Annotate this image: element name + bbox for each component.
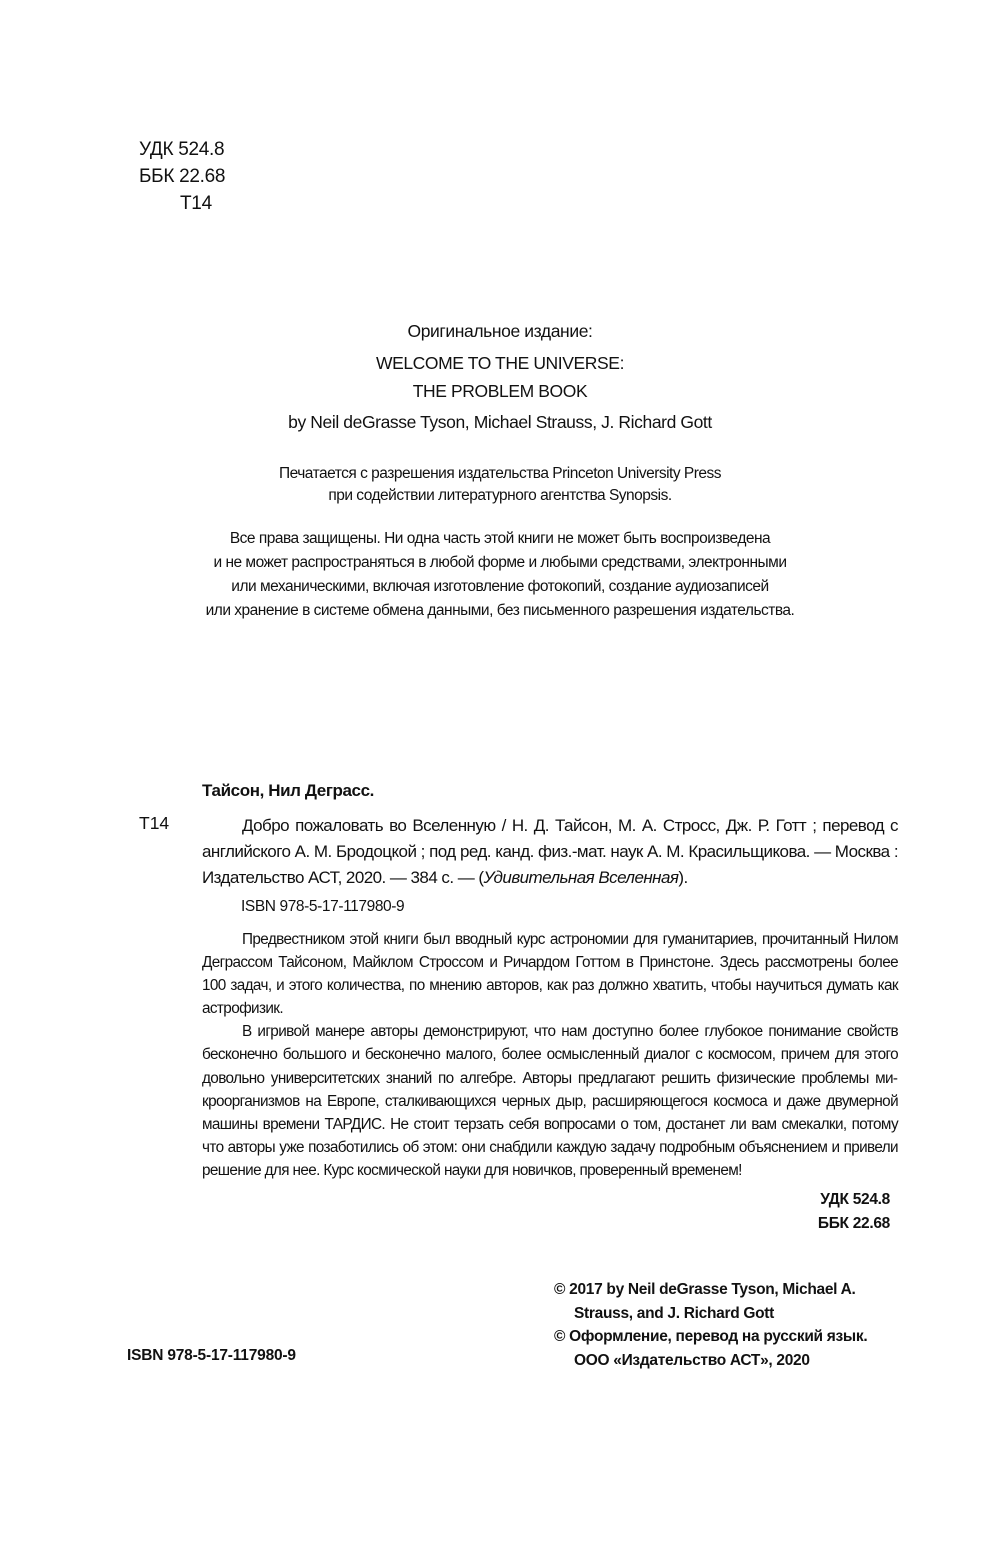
series-title: Удивительная Вселенная <box>483 868 678 887</box>
permission-line: при содействии литературного агентства S… <box>0 485 1000 507</box>
original-edition-label: Оригинальное издание: <box>0 318 1000 345</box>
copyright-line: © 2017 by Neil deGrasse Tyson, Michael A… <box>554 1278 914 1302</box>
rights-line: и не может распространяться в любой форм… <box>0 551 1000 575</box>
abstract-paragraph: В игривой манере авторы демонстрируют, ч… <box>202 1020 898 1182</box>
classification-codes-top: УДК 524.8 ББК 22.68 Т14 <box>139 136 225 217</box>
original-edition: Оригинальное издание: WELCOME TO THE UNI… <box>0 318 1000 436</box>
author-heading: Тайсон, Нил Деграсс. <box>202 781 374 801</box>
isbn-record: ISBN 978-5-17-117980-9 <box>241 898 404 916</box>
bibliographic-record: Добро пожаловать во Вселенную / Н. Д. Та… <box>202 813 898 891</box>
rights-notice: Все права защищены. Ни одна часть этой к… <box>0 527 1000 623</box>
author-mark: Т14 <box>139 190 225 217</box>
classification-codes-bottom: УДК 524.8 ББК 22.68 <box>760 1188 890 1236</box>
copyright-line: © Оформление, перевод на русский язык. <box>554 1325 914 1349</box>
original-title-line1: WELCOME TO THE UNIVERSE: <box>0 350 1000 377</box>
bbk-code-bold: ББК 22.68 <box>760 1212 890 1236</box>
original-title-line2: THE PROBLEM BOOK <box>0 378 1000 405</box>
copyright-line: ООО «Издательство АСТ», 2020 <box>554 1349 914 1373</box>
rights-line: или хранение в системе обмена данными, б… <box>0 599 1000 623</box>
bibliographic-author-mark: Т14 <box>139 813 169 834</box>
bbk-code: ББК 22.68 <box>139 163 225 190</box>
isbn-bottom: ISBN 978-5-17-117980-9 <box>127 1347 296 1365</box>
abstract: Предвестником этой книги был вводный кур… <box>202 928 898 1182</box>
abstract-paragraph: Предвестником этой книги был вводный кур… <box>202 928 898 1020</box>
record-end: ). <box>678 868 687 887</box>
permission-line: Печатается с разрешения издательства Pri… <box>0 463 1000 485</box>
copyright-block: © 2017 by Neil deGrasse Tyson, Michael A… <box>554 1278 914 1372</box>
udk-code: УДК 524.8 <box>139 136 225 163</box>
original-authors: by Neil deGrasse Tyson, Michael Strauss,… <box>0 409 1000 436</box>
bibliographic-text: Добро пожаловать во Вселенную / Н. Д. Та… <box>202 813 898 891</box>
rights-line: или механическими, включая изготовление … <box>0 575 1000 599</box>
copyright-line: Strauss, and J. Richard Gott <box>554 1302 914 1326</box>
rights-line: Все права защищены. Ни одна часть этой к… <box>0 527 1000 551</box>
permission-notice: Печатается с разрешения издательства Pri… <box>0 463 1000 507</box>
udk-code-bold: УДК 524.8 <box>760 1188 890 1212</box>
